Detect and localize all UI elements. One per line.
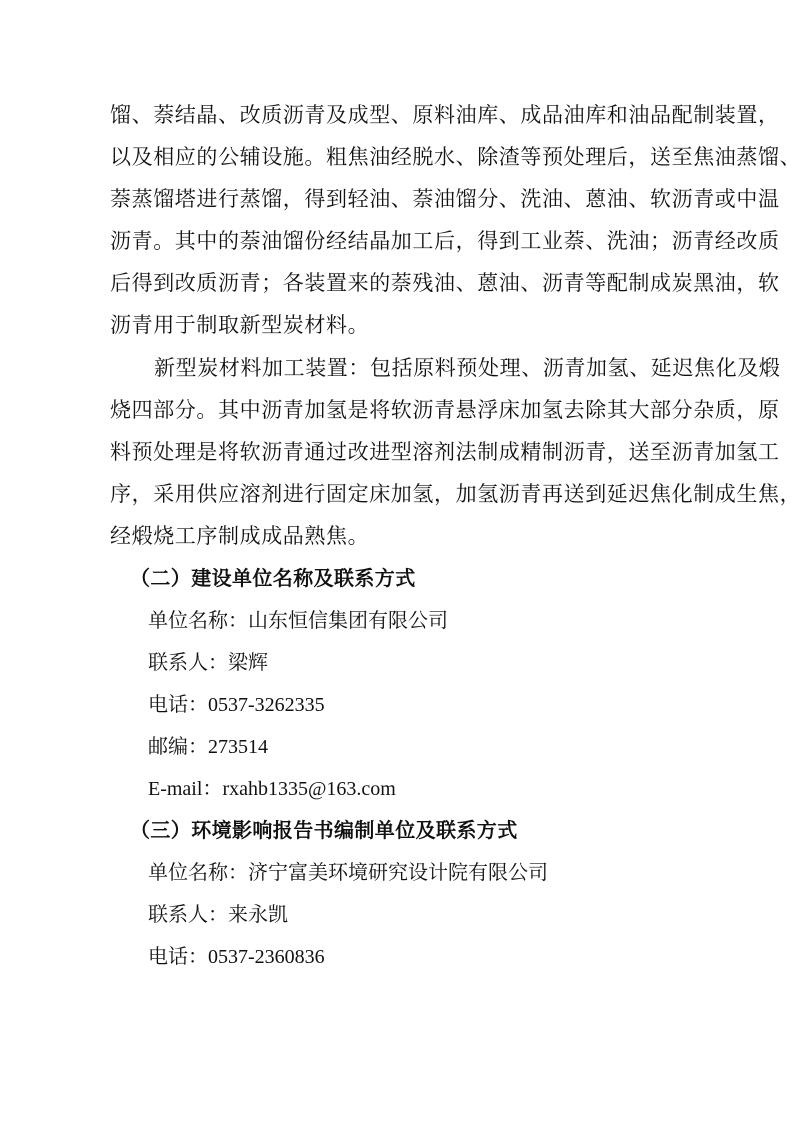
field-label: 电话： bbox=[148, 944, 208, 968]
text-line: 后得到改质沥青；各装置来的萘残油、蒽油、沥青等配制成炭黑油，软 bbox=[110, 262, 690, 304]
text-line: 萘蒸馏塔进行蒸馏，得到轻油、萘油馏分、洗油、蒽油、软沥青或中温 bbox=[110, 178, 690, 220]
field-value: 0537-3262335 bbox=[208, 694, 325, 716]
field-label: E-mail： bbox=[148, 778, 222, 800]
paragraph-carbon-material-unit: 新型炭材料加工装置：包括原料预处理、沥青加氢、延迟焦化及煅 烧四部分。其中沥青加… bbox=[110, 347, 690, 557]
field-value: 0537-2360836 bbox=[208, 946, 325, 968]
builder-contact: 联系人：梁辉 bbox=[148, 641, 268, 683]
builder-postcode: 邮编：273514 bbox=[148, 725, 268, 768]
text-line: 料预处理是将软沥青通过改进型溶剂法制成精制沥青，送至沥青加氢工 bbox=[110, 431, 690, 473]
field-value: 273514 bbox=[208, 736, 268, 758]
field-value: 梁辉 bbox=[228, 650, 268, 674]
field-value: 济宁富美环境研究设计院有限公司 bbox=[248, 860, 548, 884]
email-link[interactable]: rxahb1335@163.com bbox=[222, 778, 395, 800]
eia-phone: 电话：0537-2360836 bbox=[148, 935, 325, 978]
eia-contact: 联系人：来永凯 bbox=[148, 893, 288, 935]
paragraph-process-description: 馏、萘结晶、改质沥青及成型、原料油库、成品油库和油品配制装置， 以及相应的公辅设… bbox=[110, 94, 690, 346]
field-label: 单位名称： bbox=[148, 860, 248, 884]
builder-unit-name: 单位名称：山东恒信集团有限公司 bbox=[148, 599, 448, 641]
text-line: 新型炭材料加工装置：包括原料预处理、沥青加氢、延迟焦化及煅 bbox=[110, 347, 690, 389]
field-label: 单位名称： bbox=[148, 608, 248, 632]
text-line: 馏、萘结晶、改质沥青及成型、原料油库、成品油库和油品配制装置， bbox=[110, 94, 690, 136]
section-heading-eia-author: （三）环境影响报告书编制单位及联系方式 bbox=[130, 809, 518, 851]
builder-email: E-mail：rxahb1335@163.com bbox=[148, 767, 396, 810]
field-value: 来永凯 bbox=[228, 902, 288, 926]
text-line: 沥青。其中的萘油馏份经结晶加工后，得到工业萘、洗油；沥青经改质 bbox=[110, 220, 690, 262]
text-line: 沥青用于制取新型炭材料。 bbox=[110, 304, 690, 346]
field-label: 联系人： bbox=[148, 650, 228, 674]
section-heading-builder: （二）建设单位名称及联系方式 bbox=[130, 557, 416, 599]
field-label: 联系人： bbox=[148, 902, 228, 926]
eia-unit-name: 单位名称：济宁富美环境研究设计院有限公司 bbox=[148, 851, 548, 893]
field-label: 电话： bbox=[148, 692, 208, 716]
text-line: 序，采用供应溶剂进行固定床加氢，加氢沥青再送到延迟焦化制成生焦， bbox=[110, 473, 690, 515]
text-line: 经煅烧工序制成成品熟焦。 bbox=[110, 515, 690, 557]
field-value: 山东恒信集团有限公司 bbox=[248, 608, 448, 632]
field-label: 邮编： bbox=[148, 734, 208, 758]
document-page: 馏、萘结晶、改质沥青及成型、原料油库、成品油库和油品配制装置， 以及相应的公辅设… bbox=[0, 0, 800, 1131]
text-line: 以及相应的公辅设施。粗焦油经脱水、除渣等预处理后，送至焦油蒸馏、 bbox=[110, 136, 690, 178]
builder-phone: 电话：0537-3262335 bbox=[148, 683, 325, 726]
text-line: 烧四部分。其中沥青加氢是将软沥青悬浮床加氢去除其大部分杂质，原 bbox=[110, 389, 690, 431]
